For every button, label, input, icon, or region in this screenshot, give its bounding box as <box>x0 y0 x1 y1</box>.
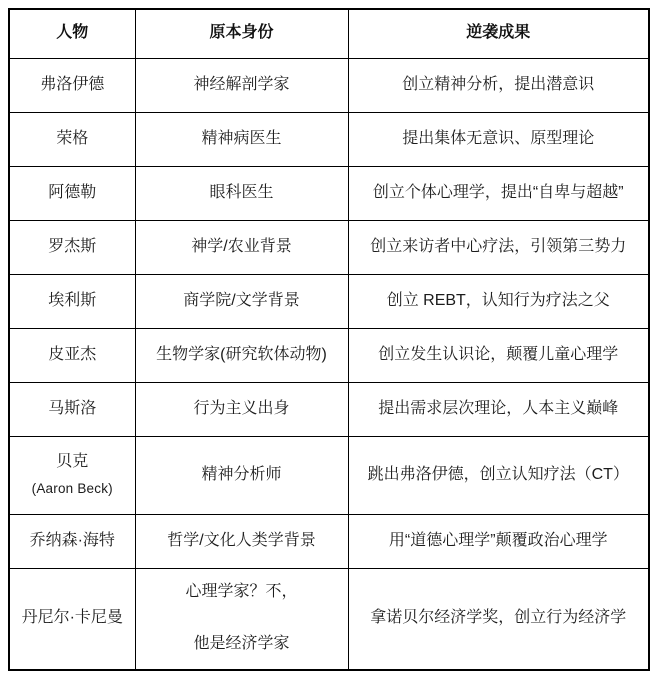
result-cell: 跳出弗洛伊德，创立认知疗法（CT） <box>348 436 649 514</box>
table-row: 皮亚杰 生物学家(研究软体动物) 创立发生认识论，颠覆儿童心理学 <box>9 328 649 382</box>
result-cell: 创立发生认识论，颠覆儿童心理学 <box>348 328 649 382</box>
person-cell: 埃利斯 <box>9 274 135 328</box>
result-cell: 创立 REBT，认知行为疗法之父 <box>348 274 649 328</box>
table-row: 弗洛伊德 神经解剖学家 创立精神分析，提出潜意识 <box>9 58 649 112</box>
col-header-person: 人物 <box>9 9 135 58</box>
table-row: 埃利斯 商学院/文学背景 创立 REBT，认知行为疗法之父 <box>9 274 649 328</box>
person-cell: 丹尼尔·卡尼曼 <box>9 568 135 670</box>
original-identity-cell: 行为主义出身 <box>135 382 348 436</box>
result-cell: 创立来访者中心疗法，引领第三势力 <box>348 220 649 274</box>
person-name-en: (Aaron Beck) <box>14 480 131 498</box>
page: 人物 原本身份 逆袭成果 弗洛伊德 神经解剖学家 创立精神分析，提出潜意识 荣格… <box>0 0 655 674</box>
person-cell: 弗洛伊德 <box>9 58 135 112</box>
original-identity-cell: 眼科医生 <box>135 166 348 220</box>
person-cell: 阿德勒 <box>9 166 135 220</box>
table-row: 贝克 (Aaron Beck) 精神分析师 跳出弗洛伊德，创立认知疗法（CT） <box>9 436 649 514</box>
person-cell: 荣格 <box>9 112 135 166</box>
original-identity-cell: 神学/农业背景 <box>135 220 348 274</box>
col-header-original: 原本身份 <box>135 9 348 58</box>
person-cell: 乔纳森·海特 <box>9 514 135 568</box>
table-header-row: 人物 原本身份 逆袭成果 <box>9 9 649 58</box>
table-row: 马斯洛 行为主义出身 提出需求层次理论，人本主义巅峰 <box>9 382 649 436</box>
table-row: 阿德勒 眼科医生 创立个体心理学，提出“自卑与超越” <box>9 166 649 220</box>
table-row: 丹尼尔·卡尼曼 心理学家？不， 他是经济学家 拿诺贝尔经济学奖，创立行为经济学 <box>9 568 649 670</box>
original-identity-cell: 神经解剖学家 <box>135 58 348 112</box>
person-name: 贝克 <box>14 452 131 473</box>
person-cell: 罗杰斯 <box>9 220 135 274</box>
original-identity-cell: 精神分析师 <box>135 436 348 514</box>
person-cell: 皮亚杰 <box>9 328 135 382</box>
result-cell: 创立精神分析，提出潜意识 <box>348 58 649 112</box>
original-identity-cell: 哲学/文化人类学背景 <box>135 514 348 568</box>
original-identity-cell: 生物学家(研究软体动物) <box>135 328 348 382</box>
result-cell: 用“道德心理学”颠覆政治心理学 <box>348 514 649 568</box>
col-header-result: 逆袭成果 <box>348 9 649 58</box>
original-identity-cell: 心理学家？不， 他是经济学家 <box>135 568 348 670</box>
result-cell: 拿诺贝尔经济学奖，创立行为经济学 <box>348 568 649 670</box>
comeback-table: 人物 原本身份 逆袭成果 弗洛伊德 神经解剖学家 创立精神分析，提出潜意识 荣格… <box>8 8 650 671</box>
original-identity-cell: 商学院/文学背景 <box>135 274 348 328</box>
person-cell: 马斯洛 <box>9 382 135 436</box>
original-identity-cell: 精神病医生 <box>135 112 348 166</box>
original-identity-line1: 心理学家？不， <box>140 582 344 603</box>
result-cell: 创立个体心理学，提出“自卑与超越” <box>348 166 649 220</box>
table-row: 乔纳森·海特 哲学/文化人类学背景 用“道德心理学”颠覆政治心理学 <box>9 514 649 568</box>
original-identity-line2: 他是经济学家 <box>140 634 344 655</box>
result-cell: 提出需求层次理论，人本主义巅峰 <box>348 382 649 436</box>
table-row: 荣格 精神病医生 提出集体无意识、原型理论 <box>9 112 649 166</box>
result-cell: 提出集体无意识、原型理论 <box>348 112 649 166</box>
person-cell: 贝克 (Aaron Beck) <box>9 436 135 514</box>
table-row: 罗杰斯 神学/农业背景 创立来访者中心疗法，引领第三势力 <box>9 220 649 274</box>
